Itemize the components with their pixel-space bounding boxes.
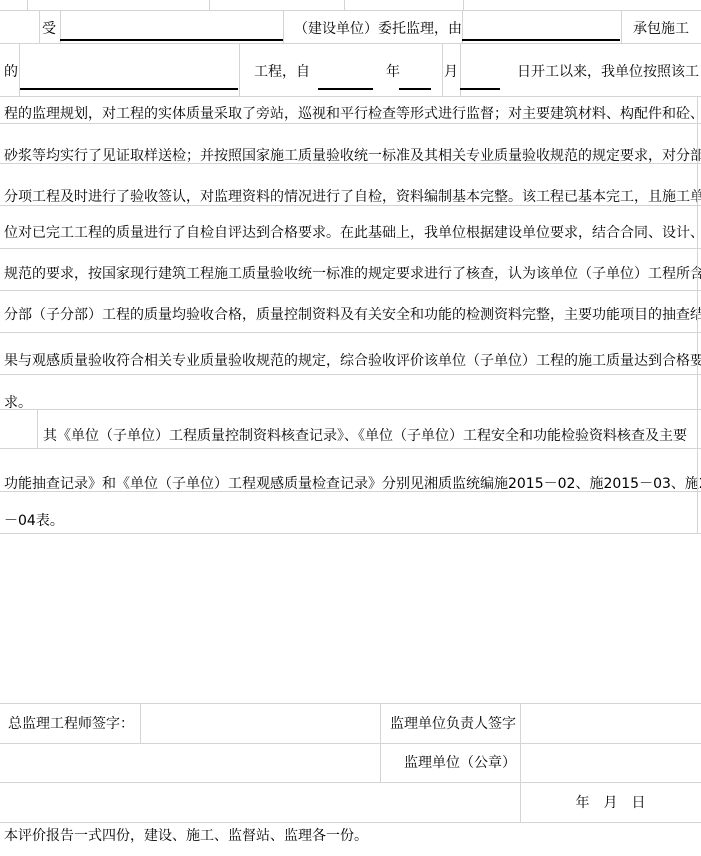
gridline-horizontal: [0, 448, 701, 449]
date-label: 年 月 日: [520, 795, 701, 811]
blank-contractor-name[interactable]: [462, 39, 620, 41]
paragraph2-line: 其《单位（子单位）工程质量控制资料核查记录》、《单位（子单位）工程安全和功能检验…: [43, 428, 687, 444]
seal-cell[interactable]: [521, 744, 700, 781]
paragraph1-line: 砂浆等均实行了见证取样送检；并按照国家施工质量验收统一标准及其相关专业质量验收规…: [4, 148, 701, 164]
gridline-vertical: [27, 0, 28, 10]
gridline-vertical: [283, 10, 284, 43]
gridline-horizontal: [0, 409, 701, 410]
seal-label: 监理单位（公章）: [380, 755, 516, 771]
row2-year-label: 年: [386, 64, 400, 80]
row2-segment1: 工程，自: [254, 64, 310, 80]
gridline-horizontal: [0, 248, 701, 249]
responsible-person-signature-cell[interactable]: [521, 704, 700, 742]
paragraph1-line: 规范的要求，按国家现行建筑工程施工质量验收统一标准的规定要求进行了核查，认为该单…: [4, 266, 701, 282]
evaluation-report-sheet: 受 （建设单位）委托监理，由 承包施工 的 工程，自 年 月 日开工以来，我单位…: [0, 0, 701, 856]
gridline-vertical: [621, 10, 622, 43]
paragraph1-line: 分项工程及时进行了验收签认，对监理资料的情况进行了自检，资料编制基本完整。该工程…: [4, 189, 701, 205]
row1-middle: （建设单位）委托监理，由: [294, 21, 462, 37]
gridline-vertical: [380, 703, 381, 782]
blank-project-name[interactable]: [20, 88, 238, 90]
gridline-horizontal: [0, 332, 701, 333]
gridline-horizontal: [0, 163, 701, 164]
gridline-horizontal: [0, 782, 701, 783]
gridline-horizontal: [0, 743, 701, 744]
gridline-horizontal: [0, 822, 701, 823]
paragraph2-line: 功能抽查记录》和《单位（子单位）工程观感质量检查记录》分别见湘质监统编施2015…: [4, 476, 701, 492]
chief-engineer-signature-label: 总监理工程师签字：: [0, 716, 134, 732]
row2-suffix: 日开工以来，我单位按照该工: [517, 64, 699, 80]
footer-note: 本评价报告一式四份，建设、施工、监督站、监理各一份。: [4, 828, 368, 844]
blank-start-month[interactable]: [399, 88, 431, 90]
row1-prefix: 受: [42, 21, 56, 37]
gridline-horizontal: [0, 491, 701, 492]
paragraph1-line: 程的监理规划，对工程的实体质量采取了旁站，巡视和平行检查等形式进行监督；对主要建…: [4, 106, 701, 122]
row2-prefix: 的: [4, 64, 18, 80]
paragraph1-line: 分部（子分部）工程的质量均验收合格，质量控制资料及有关安全和功能的检测资料完整，…: [4, 307, 701, 323]
chief-engineer-signature-cell[interactable]: [141, 704, 379, 742]
paragraph1-line: 位对已完工工程的质量进行了自检自评达到合格要求。在此基础上，我单位根据建设单位要…: [4, 225, 701, 241]
gridline-horizontal: [0, 533, 701, 534]
gridline-horizontal: [0, 205, 701, 206]
gridline-vertical: [442, 43, 443, 96]
gridline-horizontal: [0, 374, 701, 375]
gridline-vertical: [344, 0, 345, 10]
gridline-vertical: [239, 43, 240, 96]
gridline-horizontal: [0, 43, 701, 44]
responsible-person-signature-label: 监理单位负责人签字: [380, 716, 516, 732]
paragraph1-line: 果与观感质量验收符合相关专业质量验收规范的规定，综合验收评价该单位（子单位）工程…: [4, 353, 701, 369]
gridline-horizontal: [0, 10, 701, 11]
gridline-vertical: [37, 409, 38, 448]
gridline-vertical: [463, 0, 464, 10]
gridline-vertical: [39, 10, 40, 43]
blank-client-name[interactable]: [60, 39, 283, 41]
gridline-vertical: [697, 96, 698, 533]
gridline-vertical: [520, 703, 521, 822]
row2-month-label: 月: [444, 64, 458, 80]
gridline-vertical: [140, 703, 141, 743]
blank-start-year[interactable]: [318, 88, 373, 90]
gridline-horizontal: [0, 123, 701, 124]
paragraph2-line: －04表。: [4, 513, 64, 529]
gridline-horizontal: [0, 96, 701, 97]
gridline-vertical: [209, 0, 210, 10]
gridline-horizontal: [0, 290, 701, 291]
blank-start-day[interactable]: [460, 88, 500, 90]
row1-suffix: 承包施工: [633, 21, 689, 37]
gridline-horizontal: [0, 703, 701, 704]
